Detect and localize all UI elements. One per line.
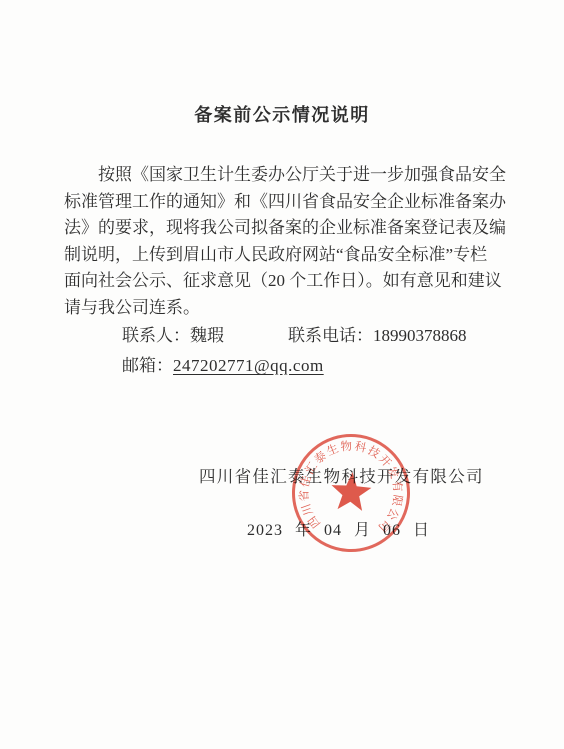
seal-star-icon (330, 471, 373, 512)
contact-phone-number: 18990378868 (373, 326, 467, 345)
contact-phone-label: 联系电话： (288, 326, 373, 345)
document-page: 备案前公示情况说明 按照《国家卫生计生委办公厅关于进一步加强食品安全 标准管理工… (0, 0, 564, 749)
body-line: 面向社会公示、征求意见（20 个工作日）。如有意见和建议 (64, 268, 516, 295)
contact-email-label: 邮箱： (122, 356, 173, 375)
body-line: 标准管理工作的通知》和《四川省食品安全企业标准备案办 (64, 189, 516, 216)
contact-person-name: 魏瑕 (190, 326, 224, 345)
company-seal-stamp: 四川省佳汇泰生物科技开发有限公司 (285, 427, 417, 559)
document-title: 备案前公示情况说明 (0, 101, 564, 127)
body-line: 请与我公司连系。 (64, 295, 516, 322)
contact-email-row: 邮箱：247202771@qq.com (122, 351, 324, 376)
contact-phone: 联系电话：18990378868 (288, 321, 467, 346)
contact-row: 联系人：魏瑕 联系电话：18990378868 (122, 321, 522, 346)
body-line: 制说明，上传到眉山市人民政府网站“食品安全标准”专栏 (64, 242, 516, 269)
body-line: 按照《国家卫生计生委办公厅关于进一步加强食品安全 (64, 162, 516, 189)
contact-person-label: 联系人： (122, 326, 190, 345)
body-line: 法》的要求，现将我公司拟备案的企业标准备案登记表及编 (64, 215, 516, 242)
body-paragraph: 按照《国家卫生计生委办公厅关于进一步加强食品安全 标准管理工作的通知》和《四川省… (64, 162, 516, 322)
contact-email-address: 247202771@qq.com (173, 356, 324, 375)
